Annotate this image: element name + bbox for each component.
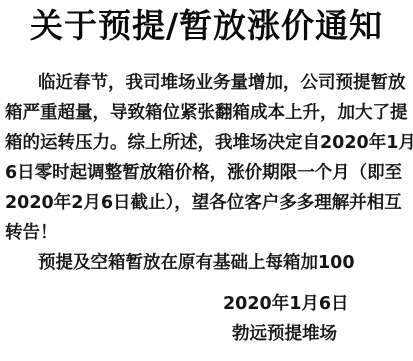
body-line-4: 6日零时起调整暂放箱价格，涨价期限一个月（即至 — [5, 162, 402, 184]
issuer-name: 勃远预提堆场 — [232, 323, 337, 345]
notice-date: 2020年1月6日 — [223, 293, 349, 315]
body-line-2: 箱严重超量，导致箱位紧张翻箱成本上升，加大了提 — [5, 102, 408, 124]
body-line-3: 箱的运转压力。综上所述，我堆场决定自2020年1月 — [5, 132, 413, 154]
body-line-6: 转告！ — [5, 222, 58, 244]
body-line-5: 2020年2月6日截止），望各位客户多多理解并相互 — [5, 192, 402, 214]
body-line-1: 临近春节，我司堆场业务量增加，公司预提暂放 — [38, 72, 406, 94]
notice-title: 关于预提/暂放涨价通知 — [0, 6, 413, 46]
price-adjustment-line: 预提及空箱暂放在原有基础上每箱加100 — [38, 252, 355, 274]
